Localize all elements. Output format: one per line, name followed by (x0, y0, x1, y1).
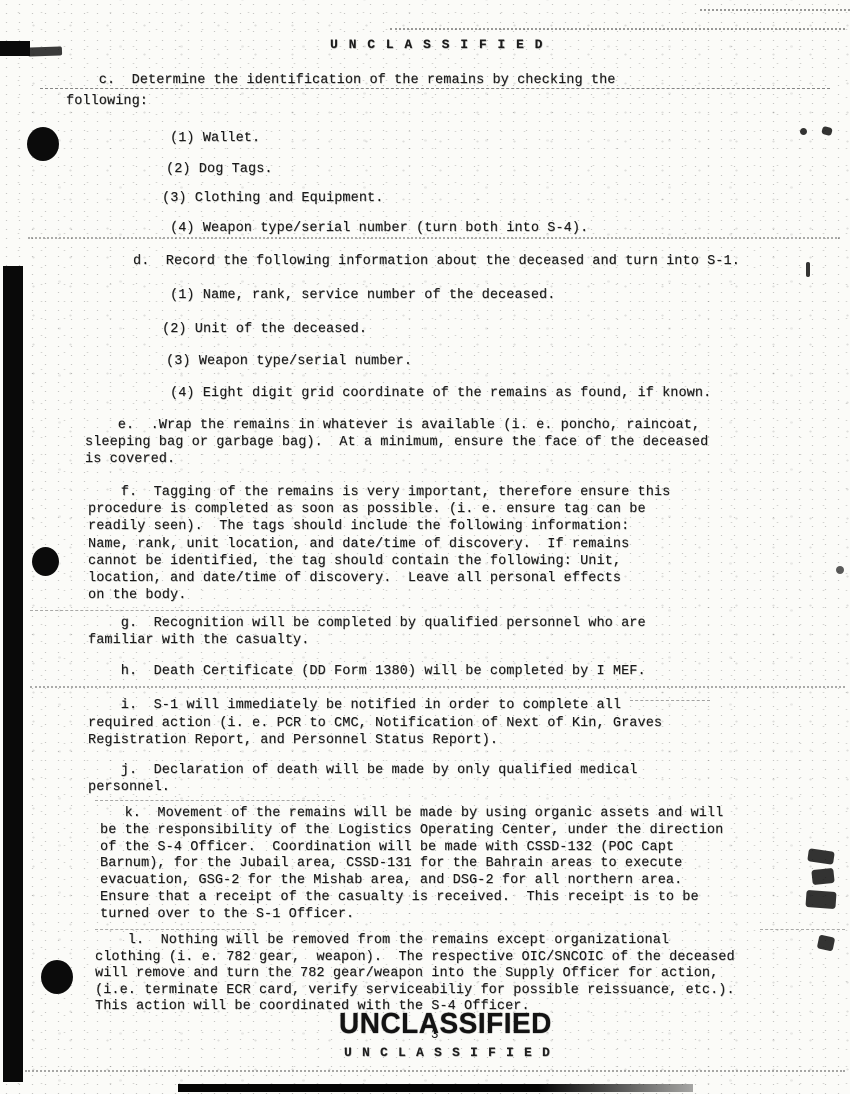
para-f: f. Tagging of the remains is very import… (88, 484, 670, 604)
text-line: sleeping bag or garbage bag). At a minim… (85, 434, 708, 451)
d-item-3: (3) Weapon type/serial number. (166, 353, 412, 370)
text-line: readily seen). The tags should include t… (88, 518, 670, 535)
unclassified-stamp: UNCLASSIFIED (339, 1008, 552, 1041)
text-line: required action (i. e. PCR to CMC, Notif… (88, 715, 662, 733)
para-k: k. Movement of the remains will be made … (100, 806, 723, 924)
para-h: h. Death Certificate (DD Form 1380) will… (88, 663, 646, 680)
para-l: l. Nothing will be removed from the rema… (95, 933, 735, 1016)
text-line: cannot be identified, the tag should con… (88, 553, 670, 570)
text-line: of the S-4 Officer. Coordination will be… (100, 840, 723, 857)
c-item-4: (4) Weapon type/serial number (turn both… (170, 220, 588, 237)
text-line: (4) Eight digit grid coordinate of the r… (170, 385, 711, 402)
text-line: (3) Clothing and Equipment. (162, 190, 383, 207)
text-line: h. Death Certificate (DD Form 1380) will… (88, 663, 646, 680)
d-item-4: (4) Eight digit grid coordinate of the r… (170, 385, 711, 402)
para-j: j. Declaration of death will be made by … (88, 762, 638, 796)
text-line: Barnum), for the Jubail area, CSSD-131 f… (100, 856, 723, 873)
text-line: Registration Report, and Personnel Statu… (88, 732, 662, 750)
para-c: c. Determine the identification of the r… (66, 70, 616, 112)
text-line: is covered. (85, 451, 708, 468)
c-item-1: (1) Wallet. (170, 130, 260, 147)
text-line: c. Determine the identification of the r… (66, 70, 616, 91)
document-body: c. Determine the identification of the r… (0, 0, 850, 1094)
text-line: f. Tagging of the remains is very import… (88, 484, 670, 501)
page-number: 3 (431, 1028, 439, 1042)
d-item-2: (2) Unit of the deceased. (162, 321, 367, 338)
para-d: d. Record the following information abou… (133, 253, 740, 270)
text-line: l. Nothing will be removed from the rema… (95, 933, 735, 950)
text-line: e. .Wrap the remains in whatever is avai… (85, 417, 708, 434)
text-line: on the body. (88, 587, 670, 604)
text-line: procedure is completed as soon as possib… (88, 501, 670, 518)
text-line: (4) Weapon type/serial number (turn both… (170, 220, 588, 237)
text-line: (2) Unit of the deceased. (162, 321, 367, 338)
text-line: g. Recognition will be completed by qual… (88, 615, 646, 632)
c-item-3: (3) Clothing and Equipment. (162, 190, 383, 207)
text-line: familiar with the casualty. (88, 632, 646, 649)
text-line: following: (66, 91, 616, 112)
text-line: personnel. (88, 779, 638, 796)
text-line: Name, rank, unit location, and date/time… (88, 536, 670, 553)
classification-footer: U N C L A S S I F I E D (344, 1045, 551, 1060)
scanned-page: U N C L A S S I F I E D c. Determine the… (0, 0, 850, 1094)
para-i: i. S-1 will immediately be notified in o… (88, 697, 662, 750)
text-line: will remove and turn the 782 gear/weapon… (95, 966, 735, 983)
text-line: j. Declaration of death will be made by … (88, 762, 638, 779)
text-line: evacuation, GSG-2 for the Mishab area, a… (100, 873, 723, 890)
text-line: be the responsibility of the Logistics O… (100, 823, 723, 840)
text-line: (2) Dog Tags. (166, 161, 273, 178)
c-item-2: (2) Dog Tags. (166, 161, 273, 178)
para-g: g. Recognition will be completed by qual… (88, 615, 646, 649)
para-e: e. .Wrap the remains in whatever is avai… (85, 417, 708, 468)
text-line: location, and date/time of discovery. Le… (88, 570, 670, 587)
text-line: (1) Wallet. (170, 130, 260, 147)
text-line: (1) Name, rank, service number of the de… (170, 287, 555, 304)
text-line: Ensure that a receipt of the casualty is… (100, 890, 723, 907)
text-line: turned over to the S-1 Officer. (100, 907, 723, 924)
text-line: i. S-1 will immediately be notified in o… (88, 697, 662, 715)
text-line: d. Record the following information abou… (133, 253, 740, 270)
d-item-1: (1) Name, rank, service number of the de… (170, 287, 555, 304)
text-line: (3) Weapon type/serial number. (166, 353, 412, 370)
text-line: (i.e. terminate ECR card, verify service… (95, 983, 735, 1000)
text-line: clothing (i. e. 782 gear, weapon). The r… (95, 950, 735, 967)
text-line: k. Movement of the remains will be made … (100, 806, 723, 823)
